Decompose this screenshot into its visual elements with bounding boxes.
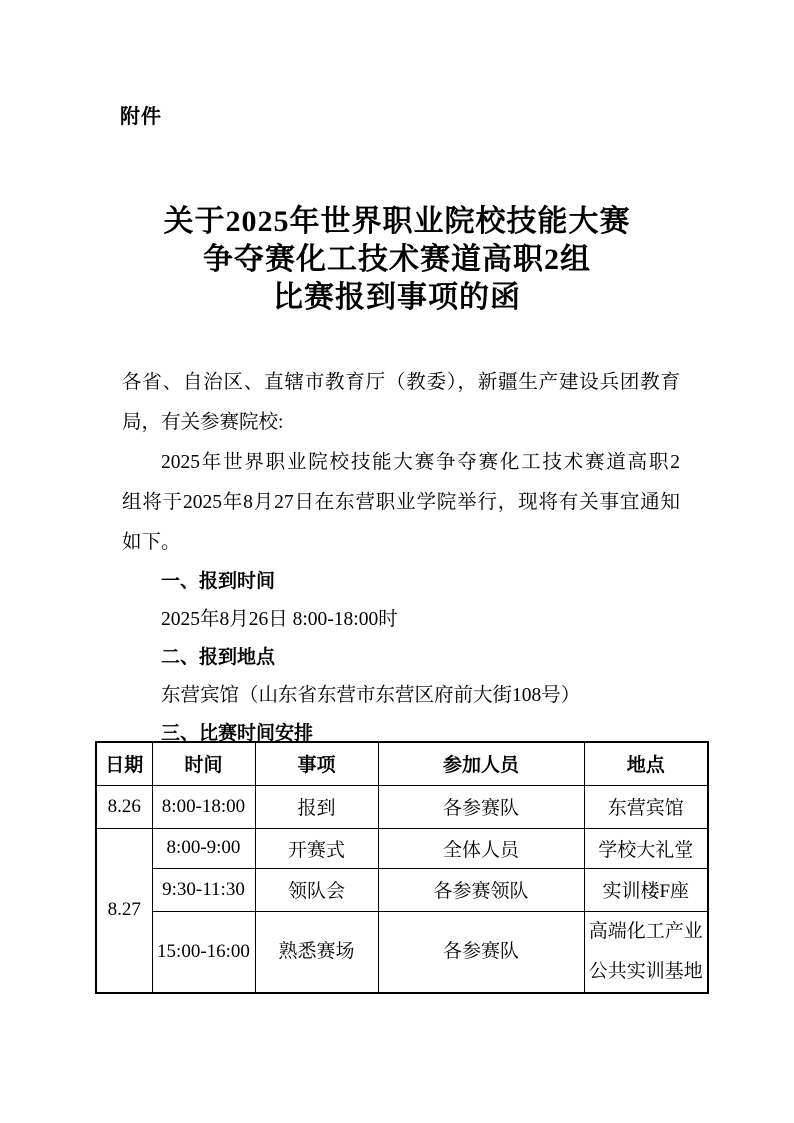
header-cell-time: 时间 — [152, 742, 255, 785]
intro-line-2: 组将于2025年8月27日在东营职业学院举行，现将有关事宜通知 — [122, 483, 680, 523]
time-cell: 8:00-9:00 — [152, 828, 255, 868]
time-cell: 8:00-18:00 — [152, 785, 255, 828]
location-cell: 高端化工产业公共实训基地 — [584, 911, 708, 993]
location-cell: 东营宾馆 — [584, 785, 708, 828]
participants-cell: 各参赛队 — [378, 911, 584, 993]
table-row: 9:30-11:30 领队会 各参赛领队 实训楼F座 — [96, 868, 708, 911]
title-line-1: 关于2025年世界职业院校技能大赛 — [0, 203, 794, 241]
intro-line-3: 如下。 — [122, 523, 680, 563]
header-cell-participants: 参加人员 — [378, 742, 584, 785]
section-2-heading: 二、报到地点 — [122, 639, 680, 677]
document-body: 各省、自治区、直辖市教育厅（教委），新疆生产建设兵团教育 局，有关参赛院校: 2… — [122, 363, 680, 753]
header-cell-event: 事项 — [255, 742, 378, 785]
document-page: 附件 关于2025年世界职业院校技能大赛 争夺赛化工技术赛道高职2组 比赛报到事… — [0, 0, 794, 1123]
attachment-label: 附件 — [120, 100, 162, 129]
table-row: 15:00-16:00 熟悉赛场 各参赛队 高端化工产业公共实训基地 — [96, 911, 708, 993]
salutation-line-1: 各省、自治区、直辖市教育厅（教委），新疆生产建设兵团教育 — [122, 363, 680, 403]
date-cell: 8.27 — [96, 828, 152, 993]
location-cell: 学校大礼堂 — [584, 828, 708, 868]
section-1-text: 2025年8月26日 8:00-18:00时 — [122, 601, 680, 639]
participants-cell: 各参赛队 — [378, 785, 584, 828]
event-cell: 熟悉赛场 — [255, 911, 378, 993]
date-cell: 8.26 — [96, 785, 152, 828]
table-row: 8.26 8:00-18:00 报到 各参赛队 东营宾馆 — [96, 785, 708, 828]
document-title: 关于2025年世界职业院校技能大赛 争夺赛化工技术赛道高职2组 比赛报到事项的函 — [0, 203, 794, 317]
section-1-heading: 一、报到时间 — [122, 563, 680, 601]
participants-cell: 全体人员 — [378, 828, 584, 868]
section-2-text: 东营宾馆（山东省东营市东营区府前大街108号） — [122, 677, 680, 715]
event-cell: 开赛式 — [255, 828, 378, 868]
schedule-table: 日期 时间 事项 参加人员 地点 8.26 8:00-18:00 报到 各参赛队… — [95, 741, 709, 994]
title-line-2: 争夺赛化工技术赛道高职2组 — [0, 241, 794, 279]
time-cell: 9:30-11:30 — [152, 868, 255, 911]
intro-line-1: 2025年世界职业院校技能大赛争夺赛化工技术赛道高职2 — [122, 443, 680, 483]
header-cell-location: 地点 — [584, 742, 708, 785]
header-cell-date: 日期 — [96, 742, 152, 785]
table-row: 8.27 8:00-9:00 开赛式 全体人员 学校大礼堂 — [96, 828, 708, 868]
table-header-row: 日期 时间 事项 参加人员 地点 — [96, 742, 708, 785]
participants-cell: 各参赛领队 — [378, 868, 584, 911]
title-line-3: 比赛报到事项的函 — [0, 279, 794, 317]
event-cell: 报到 — [255, 785, 378, 828]
event-cell: 领队会 — [255, 868, 378, 911]
location-cell: 实训楼F座 — [584, 868, 708, 911]
time-cell: 15:00-16:00 — [152, 911, 255, 993]
salutation-line-2: 局，有关参赛院校: — [122, 403, 680, 443]
